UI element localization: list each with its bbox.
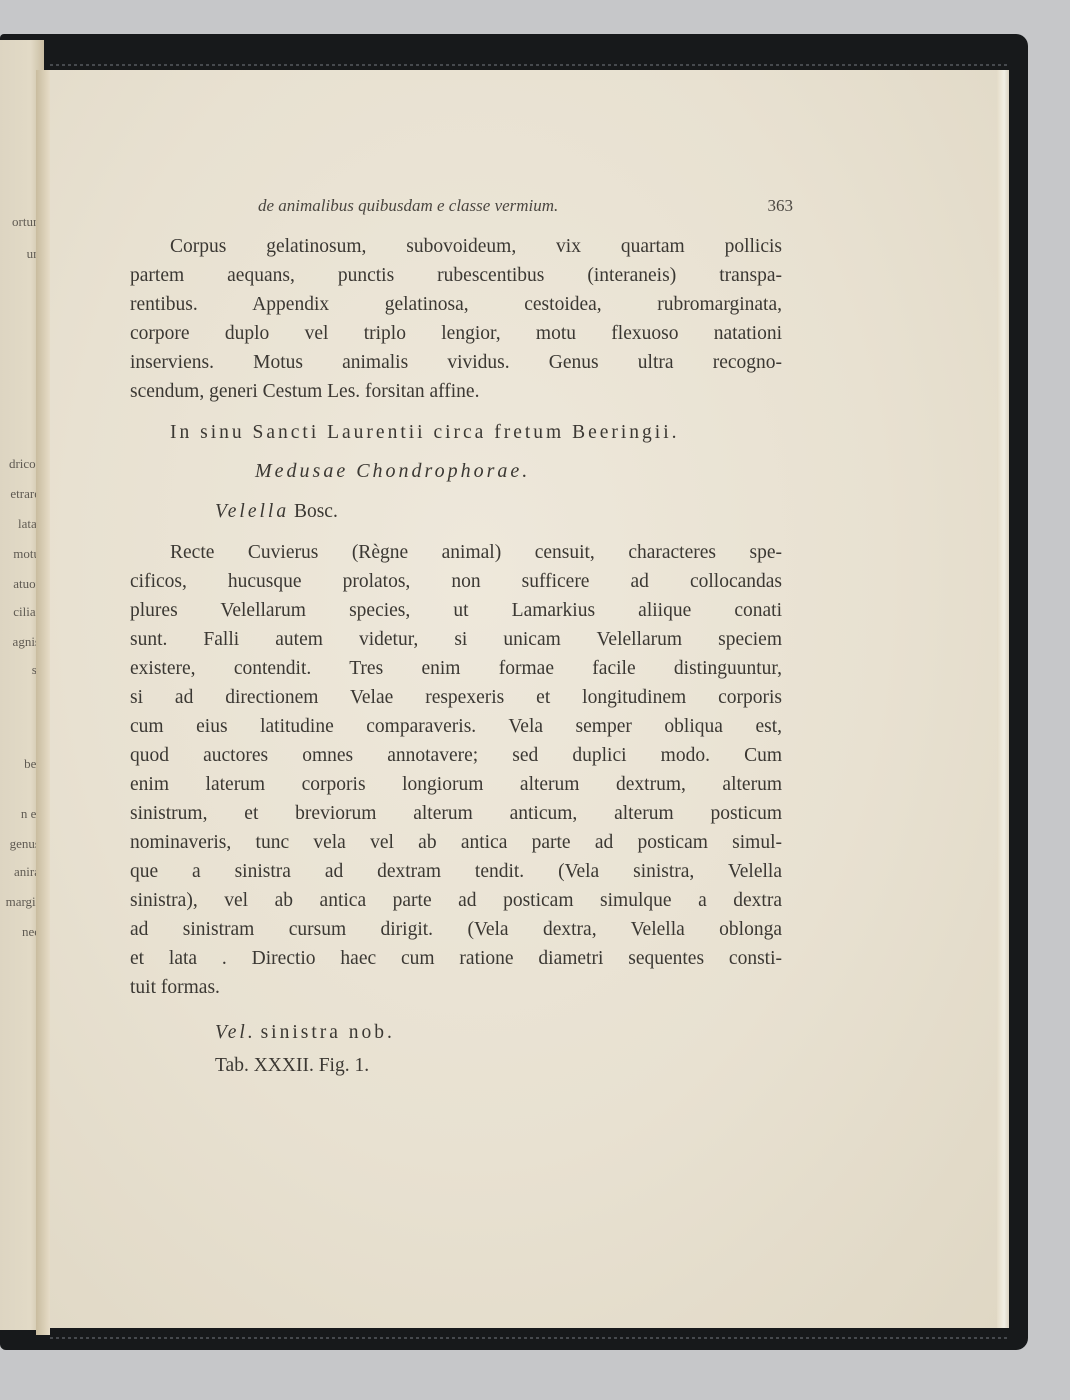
species-heading: Vel. sinistra nob. xyxy=(130,1018,782,1047)
paragraph-discussion: Recte Cuvierus (Règne animal) censuit, c… xyxy=(130,538,782,1002)
left-page-fragment: lata, xyxy=(0,516,40,532)
book-gutter xyxy=(36,70,50,1335)
text-line: tuit formas. xyxy=(130,973,782,1002)
text-line: et lata . Directio haec cum ratione diam… xyxy=(130,944,782,973)
left-page-fragment: s. xyxy=(0,662,40,678)
text-line: que a sinistra ad dextram tendit. (Vela … xyxy=(130,857,782,886)
text-line: rentibus. Appendix gelatinosa, cestoidea… xyxy=(130,290,782,319)
text-line: inserviens. Motus animalis vividus. Genu… xyxy=(130,348,782,377)
left-page-fragment: genus xyxy=(0,836,40,852)
text-line: existere, contendit. Tres enim formae fa… xyxy=(130,654,782,683)
left-page-fragment: drico- xyxy=(0,456,40,472)
left-page-fragment: bet xyxy=(0,756,40,772)
running-title: de animalibus quibusdam e classe vermium… xyxy=(258,196,558,215)
running-header: de animalibus quibusdam e classe vermium… xyxy=(258,196,793,216)
page-body: Corpus gelatinosum, subovoideum, vix qua… xyxy=(130,232,782,1080)
cover-stitching-top xyxy=(50,64,1010,66)
species-name: sinistra nob. xyxy=(261,1022,395,1043)
text-line: scendum, generi Cestum Les. forsitan aff… xyxy=(130,377,782,406)
left-page-fragment: agnis xyxy=(0,634,40,650)
left-page-fragment: etrare xyxy=(0,486,40,502)
left-page-fragment: ur. xyxy=(0,246,40,262)
left-page-fragment: motu xyxy=(0,546,40,562)
left-page-fragment: anira xyxy=(0,864,40,880)
text-line: sinistrum, et breviorum alterum anticum,… xyxy=(130,799,782,828)
genus-name: Velella xyxy=(215,501,289,522)
text-line: partem aequans, punctis rubescentibus (i… xyxy=(130,261,782,290)
genus-author: Bosc. xyxy=(294,501,338,522)
text-line: ad sinistram cursum dirigit. (Vela dextr… xyxy=(130,915,782,944)
order-heading: Medusae Chondrophorae. xyxy=(130,457,782,486)
text-line: plures Velellarum species, ut Lamarkius … xyxy=(130,596,782,625)
text-line: si ad directionem Velae respexeris et lo… xyxy=(130,683,782,712)
plate-reference: Tab. XXXII. Fig. 1. xyxy=(130,1051,782,1080)
left-page-fragment: atuor xyxy=(0,576,40,592)
left-page-fragment: margi- xyxy=(0,894,40,910)
paragraph-description: Corpus gelatinosum, subovoideum, vix qua… xyxy=(130,232,782,406)
genus-heading: Velella Bosc. xyxy=(130,497,782,526)
left-page-fragment: n et xyxy=(0,806,40,822)
text-line: sinistra), vel ab antica parte ad postic… xyxy=(130,886,782,915)
text-line: quod auctores omnes annotavere; sed dupl… xyxy=(130,741,782,770)
cover-stitching-bottom xyxy=(50,1337,1010,1339)
text-line: enim laterum corporis longiorum alterum … xyxy=(130,770,782,799)
left-page-fragment: nec xyxy=(0,924,40,940)
text-line: cum eius latitudine comparaveris. Vela s… xyxy=(130,712,782,741)
text-line: Corpus gelatinosum, subovoideum, vix qua… xyxy=(130,232,782,261)
text-line: nominaveris, tunc vela vel ab antica par… xyxy=(130,828,782,857)
text-line: Recte Cuvierus (Règne animal) censuit, c… xyxy=(130,538,782,567)
species-abbr: Vel. xyxy=(215,1022,256,1043)
text-line: sunt. Falli autem videtur, si unicam Vel… xyxy=(130,625,782,654)
left-page-fragment: cilia- xyxy=(0,604,40,620)
left-page-fragment: ortur, xyxy=(0,214,40,230)
page-fore-edge xyxy=(997,70,1009,1328)
page-number: 363 xyxy=(768,196,794,216)
text-line: cificos, hucusque prolatos, non sufficer… xyxy=(130,567,782,596)
locality-line: In sinu Sancti Laurentii circa fretum Be… xyxy=(130,418,782,447)
text-line: corpore duplo vel triplo lengior, motu f… xyxy=(130,319,782,348)
